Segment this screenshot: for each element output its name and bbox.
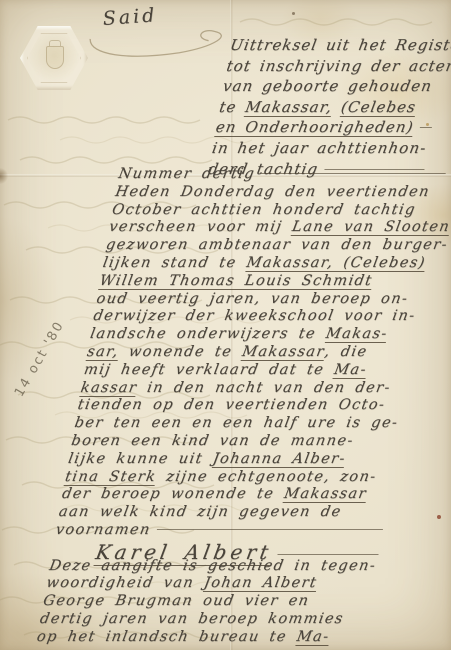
ink-rule <box>261 173 446 174</box>
text-segment: Heden Donderdag den veertienden <box>114 184 431 200</box>
underlined-text: Makassar <box>283 486 369 503</box>
act-text-after-name: Deze aangifte is geschied in tegen-woord… <box>35 558 378 647</box>
text-line: sar, wonende te Makassar, die <box>85 344 415 362</box>
text-line: dertig jaren van beroep kommies <box>38 611 368 629</box>
text-line: van geboorte gehouden <box>221 77 441 98</box>
text-segment: der beroep wonende te <box>61 486 286 502</box>
text-line: George Brugman oud vier en <box>42 593 372 611</box>
text-line: lijken stand te Makassar, (Celebes) <box>101 255 431 273</box>
text-line: Uittreksel uit het Register <box>228 36 448 57</box>
text-segment: George Brugman oud vier en <box>42 593 311 609</box>
text-segment: landsche onderwijzers te <box>89 326 327 342</box>
text-segment: aan welk kind zijn gegeven de <box>58 504 343 520</box>
text-line: Deze aangifte is geschied in tegen- <box>48 558 378 576</box>
act-text-before-name: Nummer dertigHeden Donderdag den veertie… <box>54 166 447 540</box>
text-segment: in den nacht van den der- <box>136 380 392 396</box>
text-segment: woordigheid van <box>45 575 205 591</box>
text-line: kassar in den nacht van den der- <box>79 380 409 398</box>
text-segment: oud veertig jaren, van beroep on- <box>95 291 410 307</box>
text-segment: wonende te <box>117 344 243 360</box>
text-segment: Nummer dertig <box>117 166 256 182</box>
ink-speck <box>437 515 441 519</box>
text-line: tina Sterk zijne echtgenoote, zon- <box>64 469 394 487</box>
underlined-text: tina Sterk <box>64 469 158 486</box>
underlined-text: Makassar <box>241 344 327 361</box>
text-line: in het jaar achttienhon- <box>210 139 430 160</box>
ink-rule <box>278 554 379 555</box>
underlined-text: Ma- <box>333 362 369 379</box>
text-line: tienden op den veertienden Octo- <box>76 397 406 415</box>
intro-paragraph: Uittreksel uit het Registertot inschrijv… <box>207 36 448 180</box>
text-line: voornamen <box>54 522 384 540</box>
underlined-text: Ma- <box>295 629 331 646</box>
text-segment: lijken stand te <box>101 255 247 271</box>
underlined-text: Makassar, (Celebes) <box>245 255 427 272</box>
text-segment: lijke kunne uit <box>67 451 214 467</box>
text-segment: van geboorte gehouden <box>222 77 434 95</box>
text-line: op het inlandsch bureau te Ma- <box>35 629 365 647</box>
text-segment: Uittreksel uit het Register <box>229 36 451 54</box>
text-line: gezworen ambtenaar van den burger- <box>104 237 434 255</box>
text-segment: ber ten een en een half ure is ge- <box>73 415 399 431</box>
text-line: October achttien honderd tachtig <box>111 202 441 220</box>
underlined-text: en Onderhoorigheden) <box>214 118 415 137</box>
text-segment: October achttien honderd tachtig <box>111 202 417 218</box>
coat-of-arms-icon <box>46 46 64 69</box>
text-segment: , die <box>323 344 369 360</box>
ink-rule <box>157 529 383 530</box>
text-line: lijke kunne uit Johanna Alber- <box>67 451 397 469</box>
underlined-text: Willem Thomas Louis Schmidt <box>98 273 374 290</box>
text-segment: te <box>218 98 247 116</box>
text-segment: Deze aangifte is geschied in tegen- <box>48 558 377 574</box>
text-line: woordigheid van Johan Albert <box>45 575 375 593</box>
text-line: mij heeft verklaard dat te Ma- <box>82 362 412 380</box>
underlined-text: Makassar, <box>244 98 334 117</box>
text-line: te Makassar, (Celebes <box>217 98 437 119</box>
ink-rule <box>419 127 431 128</box>
text-line: boren een kind van de manne- <box>70 433 400 451</box>
text-line: aan welk kind zijn gegeven de <box>57 504 387 522</box>
text-segment: dertig jaren van beroep kommies <box>39 611 345 627</box>
text-line: Willem Thomas Louis Schmidt <box>98 273 428 291</box>
text-segment: gezworen ambtenaar van den burger- <box>105 237 450 253</box>
text-segment: voornamen <box>54 522 152 538</box>
underlined-text: Johanna Alber- <box>211 451 347 468</box>
scanned-document-page: Said 14 oct '80 Uittreksel uit het Regis… <box>0 0 451 650</box>
archival-ink-scribble: Said <box>84 0 238 69</box>
text-line: Heden Donderdag den veertienden <box>114 184 444 202</box>
ink-speck <box>292 12 295 15</box>
text-segment: derwijzer der kweekschool voor in- <box>92 308 417 324</box>
text-line: Nummer dertig <box>117 166 447 184</box>
text-line: derwijzer der kweekschool voor in- <box>92 308 422 326</box>
text-line: ber ten een en een half ure is ge- <box>73 415 403 433</box>
underlined-text: Makas- <box>324 326 389 343</box>
text-segment: zijne echtgenoote, zon- <box>155 469 378 485</box>
text-segment: tot inschrijving der acten <box>225 57 451 75</box>
underlined-text: sar, <box>86 344 121 361</box>
text-segment: op het inlandsch bureau te <box>36 629 299 645</box>
text-segment: mij heeft verklaard dat te <box>83 362 336 378</box>
text-line: oud veertig jaren, van beroep on- <box>95 291 425 309</box>
underlined-text: kassar <box>79 380 138 397</box>
text-segment: tienden op den veertienden Octo- <box>76 397 386 413</box>
text-line: verscheen voor mij Lane van Slooten <box>107 219 437 237</box>
underlined-text: (Celebes <box>339 98 417 117</box>
text-line: en Onderhoorigheden) <box>214 118 434 139</box>
paper-edge-notch <box>0 168 8 184</box>
text-segment: in het jaar achttienhon- <box>211 139 428 157</box>
text-line: landsche onderwijzers te Makas- <box>89 326 419 344</box>
text-line: der beroep wonende te Makassar <box>60 486 390 504</box>
text-line: tot inschrijving der acten <box>225 57 445 78</box>
text-segment: boren een kind van de manne- <box>70 433 355 449</box>
text-segment: verscheen voor mij <box>108 219 294 235</box>
underlined-text: Johan Albert <box>202 575 318 592</box>
underlined-text: Lane van Slooten <box>291 219 451 236</box>
child-name-line: Karel Albert <box>51 540 381 558</box>
